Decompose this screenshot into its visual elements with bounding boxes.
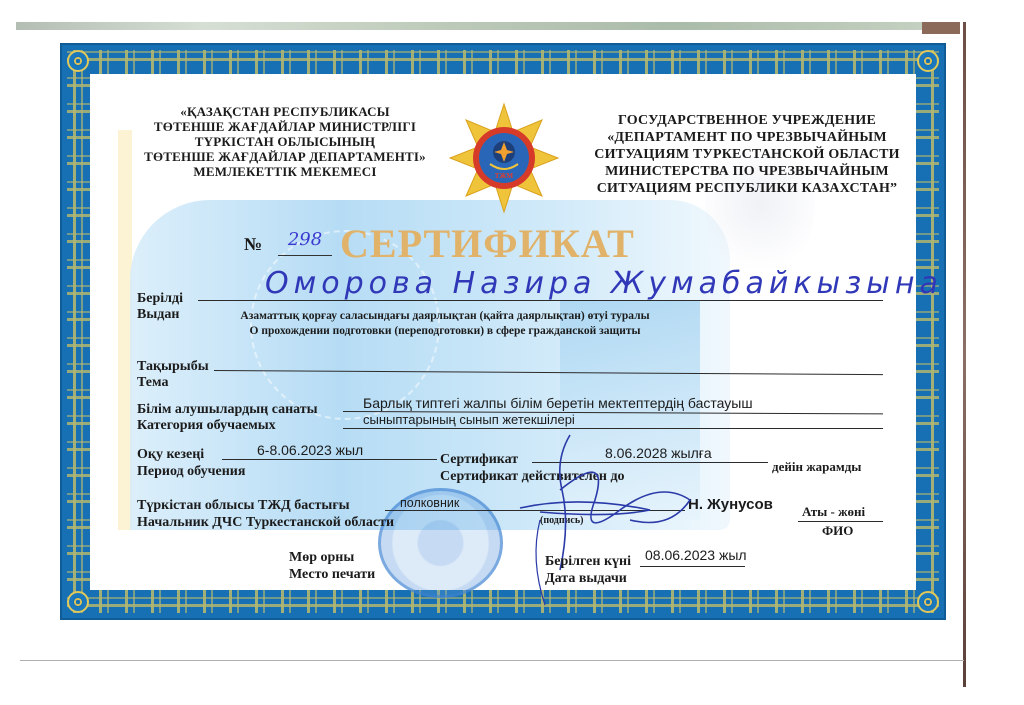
period-line: [222, 459, 437, 460]
category-line-2: [343, 428, 883, 429]
header-kz-line: МЕМЛЕКЕТТІК МЕКЕМЕСІ: [140, 164, 430, 179]
header-kz-line: ТӨТЕНШЕ ЖАҒДАЙЛАР ДЕПАРТАМЕНТІ»: [140, 149, 430, 164]
head-label-kz: Түркістан облысы ТЖД бастығы: [137, 497, 350, 514]
corner-ornament-icon: [67, 591, 89, 613]
header-ru-line: СИТУАЦИЯМ ТУРКЕСТАНСКОЙ ОБЛАСТИ: [577, 146, 917, 163]
svg-text:ТЖМ: ТЖМ: [495, 172, 514, 180]
corner-ornament-icon: [67, 50, 89, 72]
paper-edge: [963, 22, 966, 687]
period-value: 6-8.06.2023 жыл: [257, 442, 363, 458]
header-ru-line: ГОСУДАРСТВЕННОЕ УЧРЕЖДЕНИЕ: [577, 112, 917, 129]
certificate-number: 298: [278, 226, 332, 256]
issued-to-label-kz: Берілді: [137, 290, 183, 307]
head-label-ru: Начальник ДЧС Туркестанской области: [137, 514, 394, 531]
paper-bottom-edge: [20, 660, 964, 661]
name-label-ru: ФИО: [822, 522, 853, 539]
certificate-title: СЕРТИФИКАТ: [340, 220, 635, 267]
issue-date-line: [640, 566, 745, 567]
period-label-ru: Период обучения: [137, 463, 245, 480]
recipient-name: Оморова Назира Жумабайкызына: [265, 266, 943, 301]
about-kz: Азаматтық қорғау саласындағы даярлықтан …: [215, 309, 675, 323]
issue-date-label-ru: Дата выдачи: [545, 570, 627, 587]
issue-date-value: 08.06.2023 жыл: [645, 547, 747, 563]
header-ru-line: «ДЕПАРТАМЕНТ ПО ЧРЕЗВЫЧАЙНЫМ: [577, 129, 917, 146]
corner-ornament-icon: [917, 591, 939, 613]
issued-to-label-ru: Выдан: [137, 306, 179, 323]
valid-suffix: дейін жарамды: [772, 458, 861, 475]
emergency-star-emblem-icon: ТЖМ: [448, 102, 560, 214]
header-kz-line: ТӨТЕНШЕ ЖАҒДАЙЛАР МИНИСТРЛІГІ: [140, 119, 430, 134]
name-label-kz: Аты - жөні: [802, 503, 865, 520]
stamp-label-kz: Мөр орны: [289, 549, 354, 566]
topic-label-kz: Тақырыбы: [137, 358, 209, 375]
header-kazakh: «ҚАЗАҚСТАН РЕСПУБЛИКАСЫ ТӨТЕНШЕ ЖАҒДАЙЛА…: [140, 104, 430, 179]
category-label-ru: Категория обучаемых: [137, 417, 276, 434]
issue-date-label-kz: Берілген күні: [545, 553, 631, 570]
scanner-corner: [922, 22, 960, 34]
header-kz-line: «ҚАЗАҚСТАН РЕСПУБЛИКАСЫ: [140, 104, 430, 119]
category-label-kz: Білім алушылардың санаты: [137, 401, 318, 418]
header-ru-line: МИНИСТЕРСТВА ПО ЧРЕЗВЫЧАЙНЫМ: [577, 163, 917, 180]
period-label-kz: Оқу кезеңі: [137, 446, 204, 463]
header-russian: ГОСУДАРСТВЕННОЕ УЧРЕЖДЕНИЕ «ДЕПАРТАМЕНТ …: [577, 112, 917, 197]
about-ru: О прохождении подготовки (переподготовки…: [215, 324, 675, 338]
header-kz-line: ТҮРКІСТАН ОБЛЫСЫНЫҢ: [140, 134, 430, 149]
category-value-2: сыныптарының сынып жетекшілері: [363, 412, 575, 427]
topic-label-ru: Тема: [137, 374, 168, 391]
number-label: №: [244, 234, 262, 255]
stamp-label-ru: Место печати: [289, 566, 375, 583]
scanner-edge-strip: [16, 22, 959, 30]
corner-ornament-icon: [917, 50, 939, 72]
head-rank: полковник: [400, 496, 459, 510]
header-ru-line: СИТУАЦИЯМ РЕСПУБЛИКИ КАЗАХСТАН”: [577, 180, 917, 197]
head-name: Н. Жунусов: [688, 496, 773, 513]
category-value-1: Барлық типтегі жалпы білім беретін мекте…: [363, 395, 753, 411]
